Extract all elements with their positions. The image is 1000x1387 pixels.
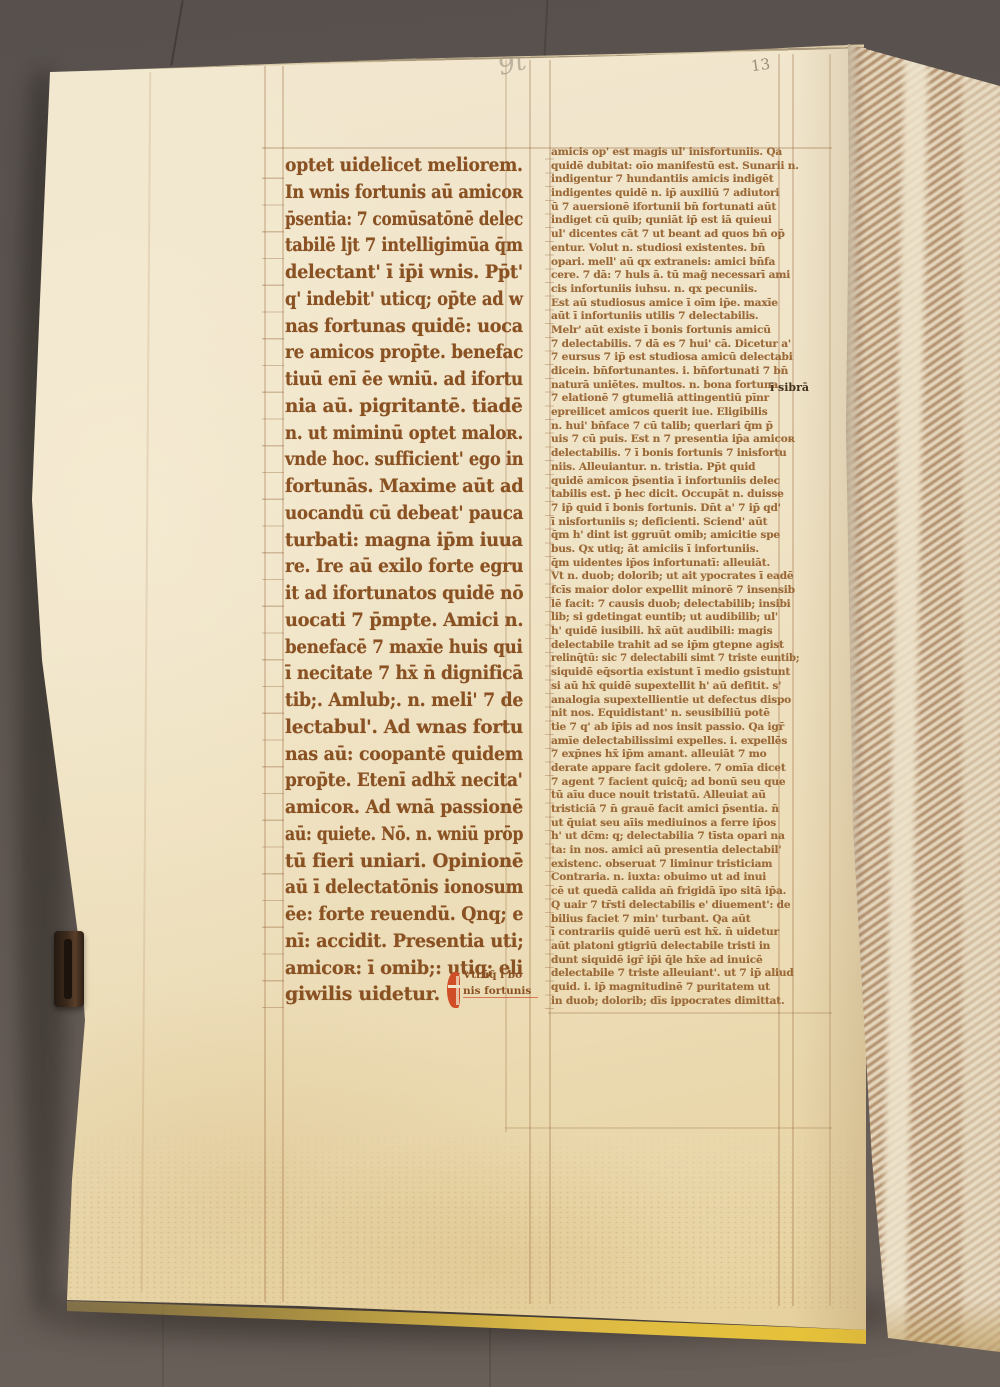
text-line: tib;. Amlub;. n. meli' 7 de: [285, 687, 501, 714]
text-line: siquidē eq̄sortia existunt ī medio gsist…: [551, 666, 799, 680]
text-line: it ad ifortunatos quidē nō: [285, 580, 499, 607]
text-line: nas fortunas quidē: uoca: [285, 313, 505, 340]
manuscript-photo: optet uidelicet meliorem.In wnis fortuni…: [0, 0, 1000, 1387]
text-line: p̄sentia: 7 comūsatōnē delec: [285, 206, 477, 233]
text-line: aū ī delectatōnis ionosum: [285, 874, 497, 901]
text-line: uis 7 cū puis. Est n 7 presentia ip̄a am…: [551, 433, 799, 447]
text-line: optet uidelicet meliorem.: [285, 152, 500, 179]
text-line: existenc. obseruat 7 liminur tristiciam: [551, 858, 799, 872]
text-line: niis. Alleuiantur. n. tristia. Pp̄t quid: [551, 461, 799, 475]
text-line: lib; si gdetingat euntib; ut audibilib; …: [551, 611, 799, 625]
text-line: lectabul'. Ad wnas fortu: [285, 714, 515, 741]
facing-page-margin: [962, 30, 1000, 1370]
text-line: bus. Qx utiq; āt amiciis ī infortuniis.: [551, 543, 799, 557]
text-line: ta: in nos. amici aū presentia delectabi…: [551, 844, 799, 858]
text-line: lē facit: 7 causis duob; delectabilib; i…: [551, 598, 799, 612]
binding-clasp: [54, 931, 84, 1007]
text-line: nī: accidit. Presentia uti;: [285, 928, 506, 955]
backdrop-seam: [170, 0, 183, 65]
text-line: 7 agent 7 facient quicq̃; ad bonū seu qu…: [551, 776, 799, 790]
text-line: Q uair 7 tr̄sti delectabilis e' diuement…: [551, 899, 799, 913]
text-line: delectabile trahit ad se ip̄m gtepne agi…: [551, 639, 799, 653]
text-line: delectabilis. 7 ī bonis fortunis 7 inisf…: [551, 447, 799, 461]
text-line: q̄m h' dint ist ggruūt omib; amicitie sp…: [551, 529, 799, 543]
text-line: relinq̄tū: sic 7 delectabili simt 7 tris…: [551, 652, 786, 666]
text-line: n. hui' bn̄face 7 cū talib; querlari q̄m…: [551, 420, 799, 434]
text-line: nit nos. Equidistant' n. seusibiliū potē: [551, 707, 799, 721]
text-line: tabilē ljt 7 intelligimūa q̄m: [285, 232, 488, 259]
text-line: 7 eursus 7 ip̄ est studiosa amicū delect…: [551, 351, 799, 365]
text-line: amīe delectabilissimi expelles. i. expel…: [551, 735, 799, 749]
text-line: re. Ire aū exilo forte egru: [285, 553, 501, 580]
ruling-line: [548, 1012, 832, 1014]
text-line: 7 delectabilis. 7 dā es 7 hui' cā. Dicet…: [551, 338, 799, 352]
text-line: amicis op' est magis ul' inisfortuniis. …: [551, 146, 799, 160]
text-line: aūt platoni gtigriū delectabile tristi i…: [551, 940, 799, 954]
text-line: tū aīu duce nouit tristatū. Alleuiat aū: [551, 789, 799, 803]
text-line: entur. Volut n. studiosi existentes. bn̄: [551, 242, 799, 256]
text-line: q̄m uidentes ip̄os infortunatī: alleuiāt…: [551, 557, 799, 571]
parchment-texture: [60, 1120, 860, 1310]
text-line: indigentes quidē n. ip̄ auxiliū 7 adiuto…: [551, 187, 799, 201]
text-line: Melr' aūt existe ī bonis fortunis amicū: [551, 324, 799, 338]
text-line: epreilicet amicos querit iue. Eligibilis: [551, 406, 799, 420]
text-line: ī necitate 7 hx̄ n̄ dignificā: [285, 660, 499, 687]
text-line: 7 ip̄ quid ī bonis fortunis. Dn̄t a' 7 i…: [551, 502, 799, 516]
text-line: fcīs maior dolor expellit minorē 7 insen…: [551, 584, 799, 598]
text-line: Vt n. duob; dolorib; ut ait ypocrates ī …: [551, 570, 799, 584]
text-line: re amicos prop̄te. benefac: [285, 339, 496, 366]
text-line: opari. mell' aū qx extraneis: amici bn̄f…: [551, 256, 799, 270]
text-line: benefacē 7 maxīe huis qui: [285, 634, 494, 661]
ruling-line: [529, 60, 531, 1304]
text-line: delectabile 7 triste alleuiant'. ut 7 ip…: [551, 967, 799, 981]
text-line: nia aū. pigritantē. tiadē: [285, 393, 515, 420]
text-line: dunt siquidē igr̄ ip̄i q̄le hx̄e ad inui…: [551, 954, 799, 968]
text-line: tabilis est. p̄ hec dicit. Occupāt n. du…: [551, 488, 799, 502]
text-line: 7 elationē 7 gtumeliā attingentiū pīnr: [551, 392, 799, 406]
text-line: h' ut dc̄m: q; delectabilia 7 tīsta opar…: [551, 830, 799, 844]
ruling-line: [829, 54, 831, 1306]
pencil-mark: 9t: [495, 45, 530, 82]
text-line: tie 7 q' ab ip̄is ad nos insit passio. Q…: [551, 721, 799, 735]
text-line: n. ut miminū optet maloʀ.: [285, 420, 493, 447]
text-line: aū: quiete. Nō. n. wniū prōp: [285, 821, 481, 848]
text-line: uocandū cū debeat' pauca: [285, 500, 495, 527]
text-line: ut q̄uiat seu aīis mediuinos a ferre ip̄…: [551, 817, 799, 831]
text-line: vnde hoc. sufficient' ego in: [285, 446, 488, 473]
text-line: naturā uniētes. multos. n. bona fortuna: [551, 379, 799, 393]
ruling-line: [141, 72, 151, 1292]
text-line: fortunās. Maxime aūt ad: [285, 473, 508, 500]
text-line: Est aū studiosus amice ī oīm ip̄e. maxīe: [551, 297, 799, 311]
text-line: indiget cū quib; quniāt ip̄ est iā quieu…: [551, 214, 799, 228]
text-line: cē ut quedā calida an̄ frigidā īpo sitā …: [551, 885, 799, 899]
text-line: dicein. bn̄fortunantes. i. bn̄fortunati …: [551, 365, 799, 379]
text-line: aūt ī infortuniis utilis 7 delectabilis.: [551, 310, 799, 324]
margin-note: ī sibrā: [770, 381, 809, 394]
text-line: analogia supextellientie ut defectus dis…: [551, 694, 799, 708]
pilcrow-icon: [447, 972, 460, 1008]
rubric-gloss: nis fortunis: [463, 985, 538, 998]
text-line: uocati 7 p̄mpte. Amici n.: [285, 607, 508, 634]
text-line: tristiciā 7 n̄ grauē facit amici p̄senti…: [551, 803, 799, 817]
text-line: derate appare facit gdolere. 7 omīa dice…: [551, 762, 799, 776]
text-line: In wnis fortunis aū amicoʀ: [285, 179, 489, 206]
text-line: cere. 7 dā: 7 huls ā. tū mag̃ necessarī …: [551, 269, 799, 283]
text-line: tū fieri uniari. Opinionē: [285, 848, 514, 875]
text-line: tiuū enī ēe wniū. ad ifortu: [285, 366, 495, 393]
folio-number: 13: [750, 55, 771, 75]
text-line: ī nisfortuniis s; deficienti. Sciend' aū…: [551, 516, 799, 530]
text-line: in duob; dolorib; dīs ippocrates dimitta…: [551, 995, 799, 1009]
text-line: delectant' ī ip̄i wnis. Pp̄t': [285, 259, 506, 286]
text-line: quid. i. ip̄ magnitudinē 7 puritatem ut: [551, 981, 799, 995]
text-line: ēe: forte reuendū. Qnq; e: [285, 901, 503, 928]
text-line: turbati: magna ip̄m iuua: [285, 527, 508, 554]
text-line: quidē amicoʀ p̄sentia ī infortuniis dele…: [551, 475, 799, 489]
text-line: ū 7 auersionē ifortunii bn̄ fortunati aū…: [551, 201, 799, 215]
text-line: h' quidē iusibili. hx̄ aūt audibili: mag…: [551, 625, 799, 639]
text-line: bilius faciet 7 min' turbant. Qa aūt: [551, 913, 799, 927]
text-line: ul' dicentes cāt 7 ut beant ad quos bn̄ …: [551, 228, 799, 242]
text-line: si aū hx̄ quidē supextellit h' aū defiti…: [551, 680, 799, 694]
line-ruling-ticks: [262, 152, 284, 1009]
left-text-column: optet uidelicet meliorem.In wnis fortuni…: [285, 152, 523, 1012]
text-line: indigentur 7 hundantiis amicis indigēt: [551, 173, 799, 187]
ruling-line: [505, 1127, 832, 1129]
text-line: cis infortuniis iuhsu. n. qx pecuniis.: [551, 283, 799, 297]
text-line: amicoʀ. Ad wnā passionē: [285, 794, 503, 821]
rubric-gloss: Vtrūq̃ ī bo: [463, 969, 538, 981]
text-line: quidē dubitat: oīo manifestū est. Sunari…: [551, 160, 799, 174]
text-line: nas aū: coopantē quidem: [285, 741, 503, 768]
text-line: ī contrariis quidē uerū est hx̄. n̄ uide…: [551, 926, 799, 940]
text-line: Contraria. n. iuxta: obuimo ut ad inui: [551, 871, 799, 885]
text-line: q' indebit' uticq; op̄te ad w: [285, 286, 490, 313]
text-line: 7 exp̄nes hx̄ ip̄m amant. alleuiāt 7 mo: [551, 748, 799, 762]
backdrop-seam: [543, 0, 548, 58]
text-line: prop̄te. Etenī adhx̄ necita': [285, 767, 496, 794]
right-text-column: amicis op' est magis ul' inisfortuniis. …: [551, 146, 799, 1012]
